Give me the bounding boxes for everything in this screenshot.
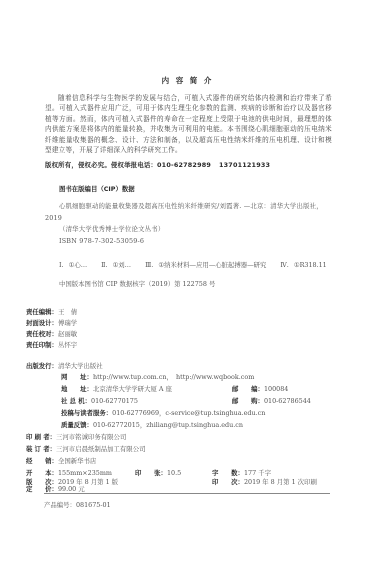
- copyright-text: 版权所有，侵权必究。侵权举报电话：010-62782989: [45, 161, 211, 169]
- cip-isbn: ISBN 978-7-302-53059-6: [45, 236, 332, 248]
- publisher-postcode-row: 邮 编：100084: [232, 384, 288, 393]
- publisher-website[interactable]: http://www.tup.com.cn， http://www.wqbook…: [93, 373, 254, 381]
- copyright-notice: 版权所有，侵权必究。侵权举报电话：010-6278298913701121933: [45, 160, 270, 169]
- product-code-row: 产品编号：081675-01: [44, 500, 111, 509]
- cip-record: 心肌细胞驱动的能量收集器及超高压电性纳米纤维研究/刘霞著. —北京：清华大学出版…: [45, 201, 332, 247]
- divider-line: [44, 493, 330, 494]
- distributor-row: 经 销：全国新华书店: [26, 456, 96, 465]
- publisher-website-row: 网 址：http://www.tup.com.cn， http://www.wq…: [61, 372, 254, 381]
- words-row: 字 数：177 千字: [212, 468, 271, 477]
- publisher-switchboard-row: 社 总 机：010-62770175: [61, 396, 138, 405]
- staff-proofreader: 责任校对：赵丽敏: [26, 329, 77, 338]
- printer-row: 印 刷 者：三河市铭诚印务有限公司: [26, 432, 126, 441]
- classification-4: Ⅳ. ①R318.11: [280, 261, 326, 269]
- staff-editor: 责任编辑：王 倩: [26, 307, 77, 316]
- binder-row: 装 订 者：三河市启晨纸制品加工有限公司: [26, 444, 145, 453]
- sheets-row: 印 张：10.5: [135, 468, 181, 477]
- publisher-address-row: 地 址：北京清华大学学研大厦 A 座: [61, 384, 172, 393]
- publisher-mailorder-row: 邮 购：010-62786544: [232, 396, 311, 405]
- format-row: 开 本：155mm×235mm: [26, 468, 112, 477]
- cip-record-line: 心肌细胞驱动的能量收集器及超高压电性纳米纤维研究/刘霞著. —北京：清华大学出版…: [45, 201, 332, 224]
- cip-classification: Ⅰ. ①心… Ⅱ. ①刘… Ⅲ. ①纳米材料—应用—心脏起搏器—研究 Ⅳ. ①R…: [59, 260, 336, 269]
- copyright-phone: 13701121933: [219, 161, 270, 169]
- publisher-feedback-row: 质量反馈：010-62772015，zhiliang@tup.tsinghua.…: [61, 420, 243, 429]
- classification-2: Ⅱ. ①刘…: [101, 261, 131, 269]
- cip-number: 中国版本图书馆 CIP 数据核字（2019）第 122758 号: [59, 279, 215, 288]
- summary-text: 随着信息科学与生物医学的发展与结合，可植入式器件的研究给体内检测和治疗带来了希望…: [45, 93, 332, 155]
- staff-cover-design: 封面设计：傅瑞学: [26, 318, 77, 327]
- publisher-service-row: 投稿与读者服务：010-62776969，c-service@tup.tsing…: [61, 408, 265, 417]
- summary-title: 内 容 简 介: [0, 75, 375, 86]
- price-row: 定 价：99.00 元: [26, 484, 85, 493]
- publisher-row: 出版发行：清华大学出版社: [26, 361, 103, 370]
- classification-3: Ⅲ. ①纳米材料—应用—心脏起搏器—研究: [145, 261, 266, 269]
- cip-series: （清华大学优秀博士学位论文丛书）: [45, 224, 332, 236]
- impression-row: 印 次：2019 年 8 月第 1 次印刷: [212, 477, 317, 486]
- staff-printing: 责任印制：丛怀宇: [26, 340, 77, 349]
- cip-heading: 图书在版编目（CIP）数据: [59, 184, 135, 193]
- classification-1: Ⅰ. ①心…: [59, 261, 87, 269]
